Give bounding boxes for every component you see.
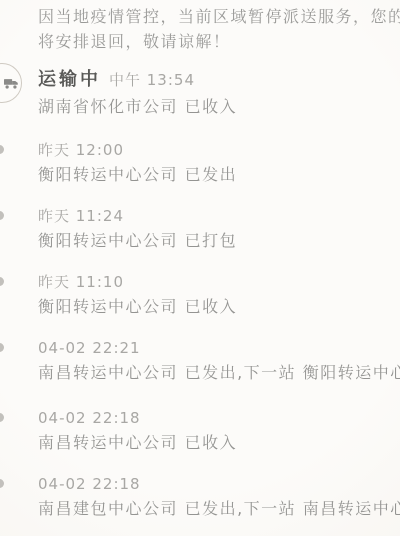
entry-time: 04-02 22:18 <box>38 408 237 428</box>
entry-time: 昨天 11:10 <box>38 272 237 292</box>
truck-icon <box>4 77 19 90</box>
entry-detail: 湖南省怀化市公司 已收入 <box>38 97 237 117</box>
transit-status-badge <box>0 63 22 103</box>
status-label: 运输中 <box>38 69 101 90</box>
entry-time: 昨天 11:24 <box>38 206 237 226</box>
entry-time: 04-02 22:18 <box>38 474 400 494</box>
entry-detail: 南昌转运中心公司 已收入 <box>38 433 237 453</box>
timeline-entry: 昨天 11:10 衡阳转运中心公司 已收入 <box>38 272 237 317</box>
timeline-dot-icon <box>0 413 4 422</box>
entry-detail: 衡阳转运中心公司 已发出 <box>38 165 237 185</box>
current-entry-time: 中午 13:54 <box>109 71 195 89</box>
tracking-timeline-screen[interactable]: 因当地疫情管控，当前区域暂停派送服务，您的快 将安排退回，敬请谅解！ 运输中中午… <box>0 0 400 536</box>
entry-detail: 衡阳转运中心公司 已收入 <box>38 297 237 317</box>
notice-line-2: 将安排退回，敬请谅解！ <box>38 29 400 54</box>
entry-detail: 南昌建包中心公司 已发出,下一站 南昌转运中心 <box>38 499 400 519</box>
timeline-entry: 04-02 22:18 南昌转运中心公司 已收入 <box>38 408 237 453</box>
timeline-dot-icon <box>0 479 4 488</box>
timeline-dot-icon <box>0 277 4 286</box>
timeline-entry: 04-02 22:18 南昌建包中心公司 已发出,下一站 南昌转运中心 <box>38 474 400 519</box>
timeline-entry: 昨天 12:00 衡阳转运中心公司 已发出 <box>38 140 237 185</box>
timeline-entry: 04-02 22:21 南昌转运中心公司 已发出,下一站 衡阳转运中心 <box>38 338 400 383</box>
entry-time: 04-02 22:21 <box>38 338 400 358</box>
notice-line-1: 因当地疫情管控，当前区域暂停派送服务，您的快 <box>38 4 400 29</box>
current-status-row: 运输中中午 13:54 <box>38 68 237 92</box>
service-notice: 因当地疫情管控，当前区域暂停派送服务，您的快 将安排退回，敬请谅解！ <box>38 4 400 54</box>
timeline-dot-icon <box>0 211 4 220</box>
entry-detail: 南昌转运中心公司 已发出,下一站 衡阳转运中心 <box>38 363 400 383</box>
entry-detail: 衡阳转运中心公司 已打包 <box>38 231 237 251</box>
entry-time: 昨天 12:00 <box>38 140 237 160</box>
timeline-dot-icon <box>0 145 4 154</box>
timeline-dot-icon <box>0 343 4 352</box>
timeline-entry-current: 运输中中午 13:54 湖南省怀化市公司 已收入 <box>38 68 237 117</box>
timeline-entry: 昨天 11:24 衡阳转运中心公司 已打包 <box>38 206 237 251</box>
